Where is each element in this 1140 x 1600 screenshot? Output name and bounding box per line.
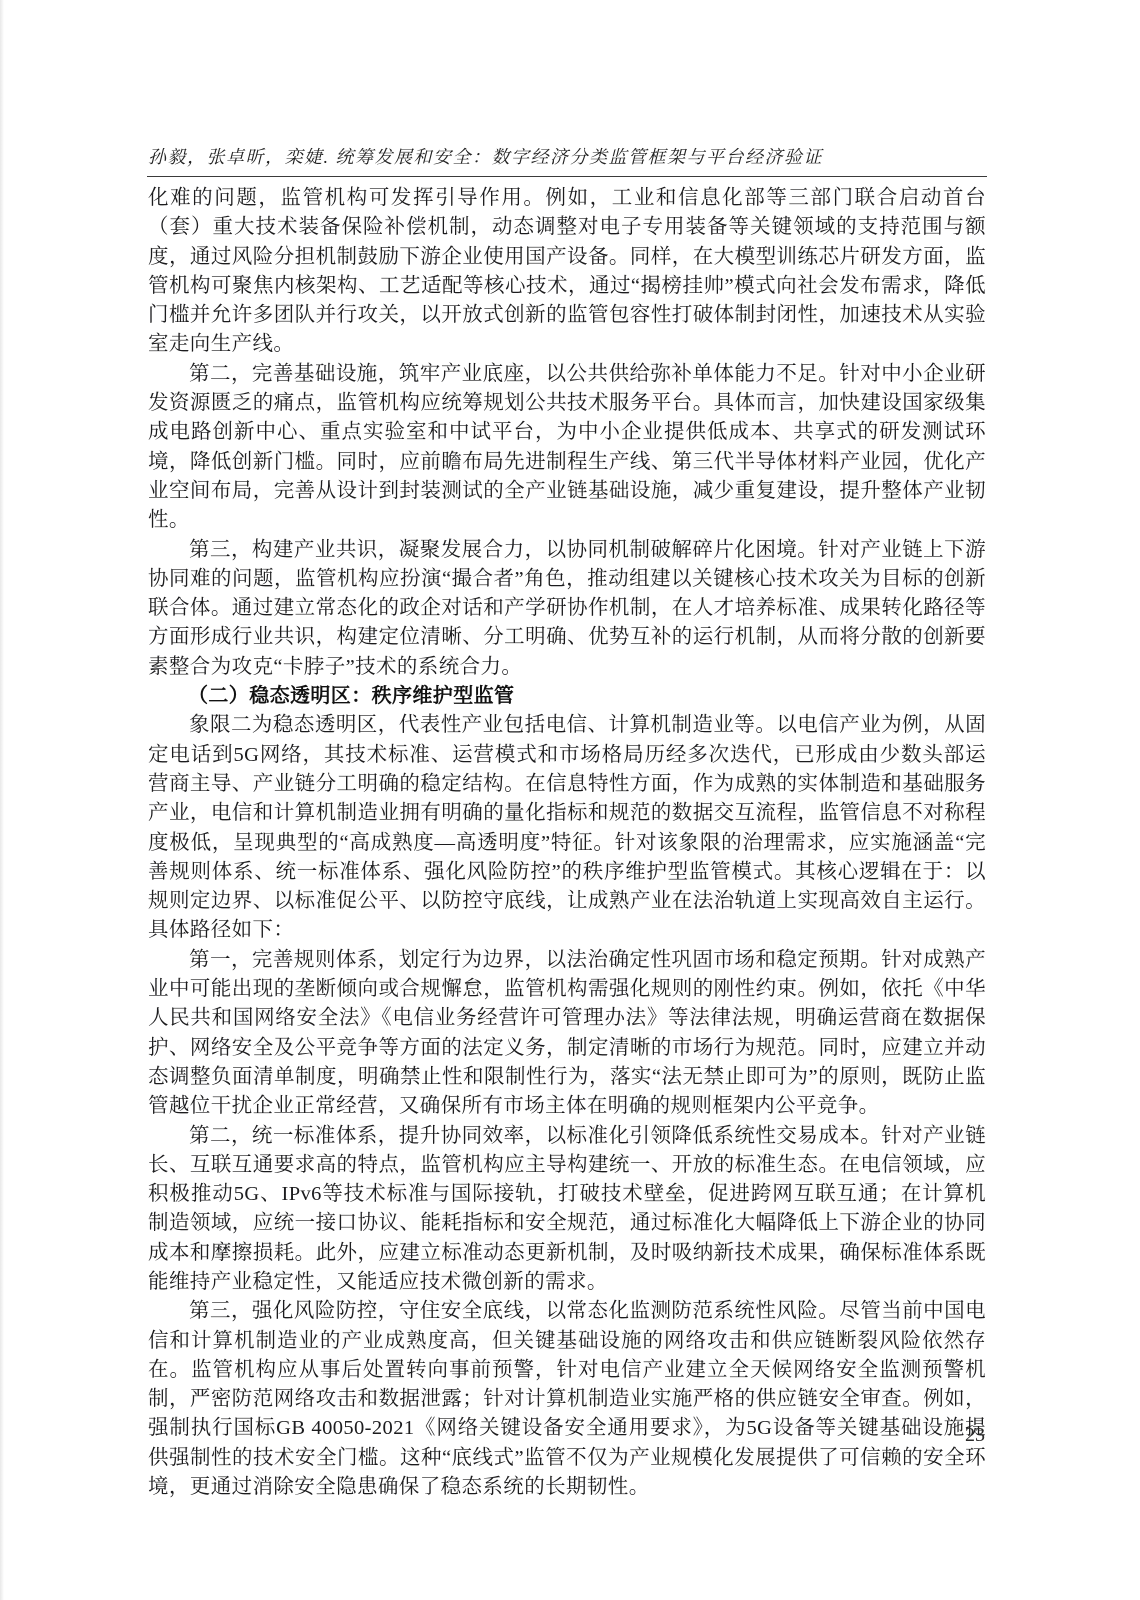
page-number: 23	[965, 1424, 985, 1447]
paragraph: 第二，统一标准体系，提升协同效率，以标准化引领降低系统性交易成本。针对产业链长、…	[148, 1122, 986, 1298]
article-body: 化难的问题，监管机构可发挥引导作用。例如，工业和信息化部等三部门联合启动首台（套…	[148, 184, 986, 1502]
paragraph: 第二，完善基础设施，筑牢产业底座，以公共供给弥补单体能力不足。针对中小企业研发资…	[148, 360, 986, 536]
paragraph: 第三，强化风险防控，守住安全底线，以常态化监测防范系统性风险。尽管当前中国电信和…	[148, 1297, 986, 1502]
scan-edge-artifact	[0, 0, 4, 1600]
paragraph: 象限二为稳态透明区，代表性产业包括电信、计算机制造业等。以电信产业为例，从固定电…	[148, 711, 986, 945]
paragraph-continued: 化难的问题，监管机构可发挥引导作用。例如，工业和信息化部等三部门联合启动首台（套…	[148, 184, 986, 360]
header-rule	[147, 176, 987, 177]
section-heading: （二）稳态透明区：秩序维护型监管	[148, 682, 986, 711]
paragraph: 第一，完善规则体系，划定行为边界，以法治确定性巩固市场和稳定预期。针对成熟产业中…	[148, 946, 986, 1122]
paragraph: 第三，构建产业共识，凝聚发展合力，以协同机制破解碎片化困境。针对产业链上下游协同…	[148, 536, 986, 682]
running-header: 孙毅，张卓昕，栾婕. 统筹发展和安全：数字经济分类监管框架与平台经济验证	[148, 143, 986, 169]
paper-page: 孙毅，张卓昕，栾婕. 统筹发展和安全：数字经济分类监管框架与平台经济验证 化难的…	[0, 0, 1140, 1600]
